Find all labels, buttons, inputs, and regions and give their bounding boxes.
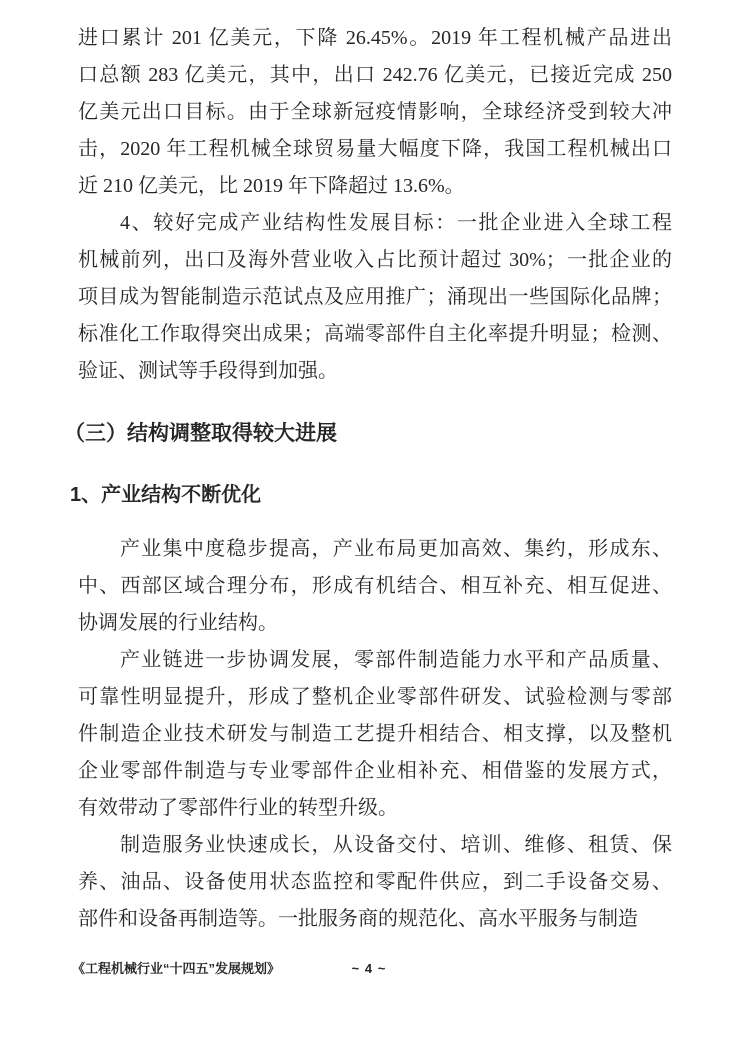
paragraph: 产业链进一步协调发展，零部件制造能力水平和产品质量、可靠性明显提升，形成了整机企…: [78, 642, 672, 827]
page-body: 进口累计 201 亿美元，下降 26.45%。2019 年工程机械产品进出口总额…: [78, 20, 672, 938]
paragraph: 进口累计 201 亿美元，下降 26.45%。2019 年工程机械产品进出口总额…: [78, 20, 672, 205]
paragraph-line: 产业链进一步协调发展，零部件制造能力水平和产品质量、: [78, 642, 672, 679]
document-page: 进口累计 201 亿美元，下降 26.45%。2019 年工程机械产品进出口总额…: [0, 0, 750, 1038]
paragraph-line: 项目成为智能制造示范试点及应用推广；涌现出一些国际化品牌；: [78, 279, 672, 316]
footer-page-number: ~ 4 ~: [0, 958, 738, 980]
section-heading1: （三）结构调整取得较大进展: [64, 415, 672, 452]
paragraph-line: 件制造企业技术研发与制造工艺提升相结合、相支撑，以及整机: [78, 716, 672, 753]
paragraph-line: 产业集中度稳步提高，产业布局更加高效、集约，形成东、: [78, 531, 672, 568]
paragraph-line: 机械前列，出口及海外营业收入占比预计超过 30%；一批企业的: [78, 242, 672, 279]
paragraph-line: 4、较好完成产业结构性发展目标：一批企业进入全球工程: [78, 205, 672, 242]
page-footer: 《工程机械行业“十四五”发展规划》 ~ 4 ~: [0, 958, 750, 980]
paragraph-line: 近 210 亿美元，比 2019 年下降超过 13.6%。: [78, 168, 672, 205]
section-heading2: 1、产业结构不断优化: [70, 477, 672, 514]
paragraph-line: 亿美元出口目标。由于全球新冠疫情影响，全球经济受到较大冲: [78, 94, 672, 131]
paragraph-line: 企业零部件制造与专业零部件企业相补充、相借鉴的发展方式，: [78, 753, 672, 790]
paragraph-line: 养、油品、设备使用状态监控和零配件供应，到二手设备交易、: [78, 864, 672, 901]
paragraph-line: 击，2020 年工程机械全球贸易量大幅度下降，我国工程机械出口: [78, 131, 672, 168]
paragraph-line: 标准化工作取得突出成果；高端零部件自主化率提升明显；检测、: [78, 316, 672, 353]
paragraph: 产业集中度稳步提高，产业布局更加高效、集约，形成东、中、西部区域合理分布，形成有…: [78, 531, 672, 642]
paragraph-line: 部件和设备再制造等。一批服务商的规范化、高水平服务与制造: [78, 901, 672, 938]
paragraph-line: 制造服务业快速成长，从设备交付、培训、维修、租赁、保: [78, 827, 672, 864]
paragraph-line: 有效带动了零部件行业的转型升级。: [78, 790, 672, 827]
paragraph-line: 可靠性明显提升，形成了整机企业零部件研发、试验检测与零部: [78, 679, 672, 716]
paragraph-line: 口总额 283 亿美元，其中，出口 242.76 亿美元，已接近完成 250: [78, 57, 672, 94]
paragraph-line: 协调发展的行业结构。: [78, 605, 672, 642]
paragraph-line: 中、西部区域合理分布，形成有机结合、相互补充、相互促进、: [78, 568, 672, 605]
paragraph: 4、较好完成产业结构性发展目标：一批企业进入全球工程机械前列，出口及海外营业收入…: [78, 205, 672, 390]
paragraph-line: 验证、测试等手段得到加强。: [78, 353, 672, 390]
paragraph-line: 进口累计 201 亿美元，下降 26.45%。2019 年工程机械产品进出: [78, 20, 672, 57]
paragraph: 制造服务业快速成长，从设备交付、培训、维修、租赁、保养、油品、设备使用状态监控和…: [78, 827, 672, 938]
